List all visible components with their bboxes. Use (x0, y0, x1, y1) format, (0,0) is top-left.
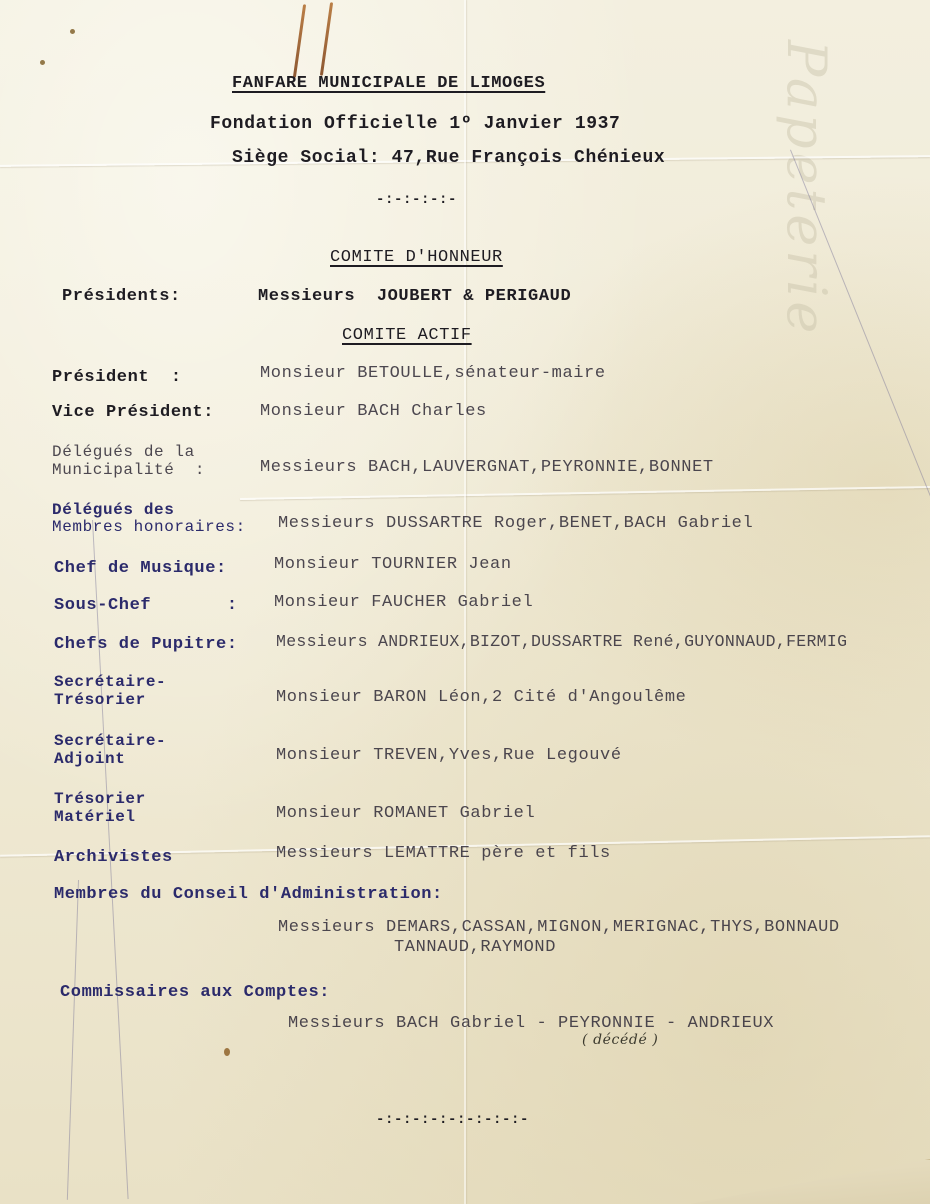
document-title: FANFARE MUNICIPALE DE LIMOGES (232, 74, 545, 93)
heading-comite-honneur: COMITE D'HONNEUR (330, 248, 503, 267)
role-label-chefs-pupitre: Chefs de Pupitre: (54, 635, 238, 654)
role-value-vice-president: Monsieur BACH Charles (260, 402, 487, 421)
role-label-tresorier-materiel-2: Matériel (54, 809, 136, 826)
role-label-delegues-membres-1: Délégués des (52, 502, 174, 519)
foundation-date: Fondation Officielle 1º Janvier 1937 (210, 114, 620, 134)
role-value-secretaire-tresorier: Monsieur BARON Léon,2 Cité d'Angoulême (276, 688, 686, 707)
role-label-president: Président : (52, 368, 182, 387)
stain-mark (224, 1048, 230, 1056)
role-value-secretaire-adjoint: Monsieur TREVEN,Yves,Rue Legouvé (276, 746, 622, 765)
role-label-secretaire-adjoint-2: Adjoint (54, 751, 125, 768)
divider-bottom: -:-:-:-:-:-:-:-:- (376, 1112, 529, 1128)
headquarters-address: Siège Social: 47,Rue François Chénieux (232, 148, 665, 168)
conseil-members-line2: TANNAUD,RAYMOND (394, 938, 556, 957)
role-value-sous-chef: Monsieur FAUCHER Gabriel (274, 593, 533, 612)
role-label-delegues-membres-2: Membres honoraires: (52, 519, 246, 536)
handwritten-annotation: ( décédé ) (582, 1032, 658, 1048)
role-label-chef-musique: Chef de Musique: (54, 559, 227, 578)
role-value-tresorier-materiel: Monsieur ROMANET Gabriel (276, 804, 535, 823)
role-label-secretaire-tresorier-1: Secrétaire- (54, 674, 166, 691)
commissaires-members: Messieurs BACH Gabriel - PEYRONNIE - AND… (288, 1014, 774, 1033)
role-label-sous-chef: Sous-Chef : (54, 596, 238, 615)
heading-comite-actif: COMITE ACTIF (342, 326, 472, 345)
conseil-members-line1: Messieurs DEMARS,CASSAN,MIGNON,MERIGNAC,… (278, 918, 840, 937)
role-value-chef-musique: Monsieur TOURNIER Jean (274, 555, 512, 574)
role-label-secretaire-adjoint-1: Secrétaire- (54, 733, 166, 750)
heading-commissaires-comptes: Commissaires aux Comptes: (60, 983, 330, 1002)
role-label-vice-president: Vice Président: (52, 403, 214, 422)
role-value-president: Monsieur BETOULLE,sénateur-maire (260, 364, 606, 383)
role-label-tresorier-materiel-1: Trésorier (54, 791, 146, 808)
role-label-archivistes: Archivistes (54, 848, 173, 867)
role-value-delegues-municipalite: Messieurs BACH,LAUVERGNAT,PEYRONNIE,BONN… (260, 458, 714, 477)
role-value: Messieurs JOUBERT & PERIGAUD (258, 287, 571, 306)
role-label: Présidents: (62, 287, 181, 306)
role-value-archivistes: Messieurs LEMATTRE père et fils (276, 844, 611, 863)
heading-conseil-administration: Membres du Conseil d'Administration: (54, 885, 443, 904)
divider-top: -:-:-:-:- (376, 192, 457, 208)
role-value-chefs-pupitre: Messieurs ANDRIEUX,BIZOT,DUSSARTRE René,… (276, 632, 847, 651)
role-label-delegues-municipalite-1: Délégués de la (52, 444, 195, 461)
stain-mark (70, 29, 75, 34)
role-label-secretaire-tresorier-2: Trésorier (54, 692, 146, 709)
role-value-delegues-membres: Messieurs DUSSARTRE Roger,BENET,BACH Gab… (278, 514, 753, 533)
role-label-delegues-municipalite-2: Municipalité : (52, 462, 205, 479)
stain-mark (40, 60, 45, 65)
